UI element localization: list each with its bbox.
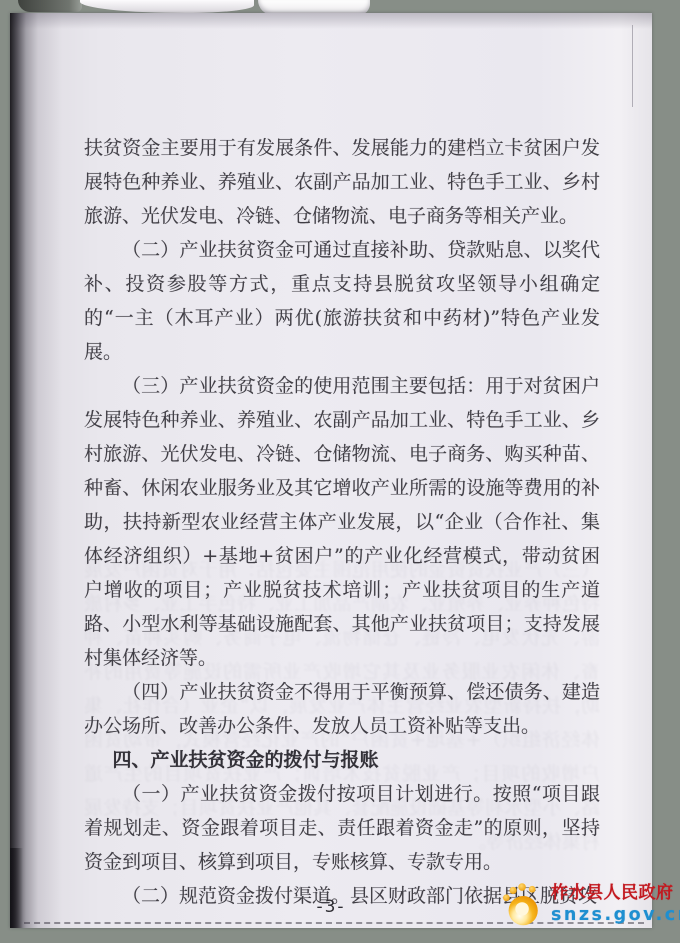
site-watermark: 柞水县人民政府 snzs.gov.cn — [499, 882, 680, 928]
document-page: （三）产业扶贫资金的使用范围主要包括：用于对贫困户发展特色种养业、养殖业、农副产… — [10, 13, 652, 928]
section-heading: 四、产业扶贫资金的拨付与报账 — [84, 743, 600, 777]
page-curl-shadow — [18, 0, 82, 12]
paragraph-item-4: （四）产业扶贫资金不得用于平衡预算、偿还债务、建造办公场所、改善办公条件、发放人… — [84, 675, 600, 743]
spine-shadow — [10, 848, 23, 928]
watermark-site-url: snzs.gov.cn — [551, 906, 680, 924]
page-number: -3- — [286, 897, 376, 917]
document-body-text: 扶贫资金主要用于有发展条件、发展能力的建档立卡贫困户发展特色种养业、养殖业、农副… — [84, 131, 600, 913]
paragraph-continuation: 扶贫资金主要用于有发展条件、发展能力的建档立卡贫困户发展特色种养业、养殖业、农副… — [84, 131, 600, 233]
paragraph-item-2: （二）产业扶贫资金可通过直接补助、贷款贴息、以奖代补、投资参股等方式，重点支持县… — [84, 233, 600, 369]
page-curl-edge — [80, 0, 254, 13]
paper-crease — [632, 25, 633, 107]
watermark-site-name: 柞水县人民政府 — [551, 885, 680, 903]
scanned-document-photo: （三）产业扶贫资金的使用范围主要包括：用于对贫困户发展特色种养业、养殖业、农副产… — [0, 0, 680, 943]
paragraph-item-3: （三）产业扶贫资金的使用范围主要包括：用于对贫困户发展特色种养业、养殖业、农副产… — [84, 369, 600, 675]
paw-logo-icon — [499, 882, 544, 928]
paragraph-item-1: （一）产业扶贫资金拨付按项目计划进行。按照“项目跟着规划走、资金跟着项目走、责任… — [84, 777, 600, 879]
